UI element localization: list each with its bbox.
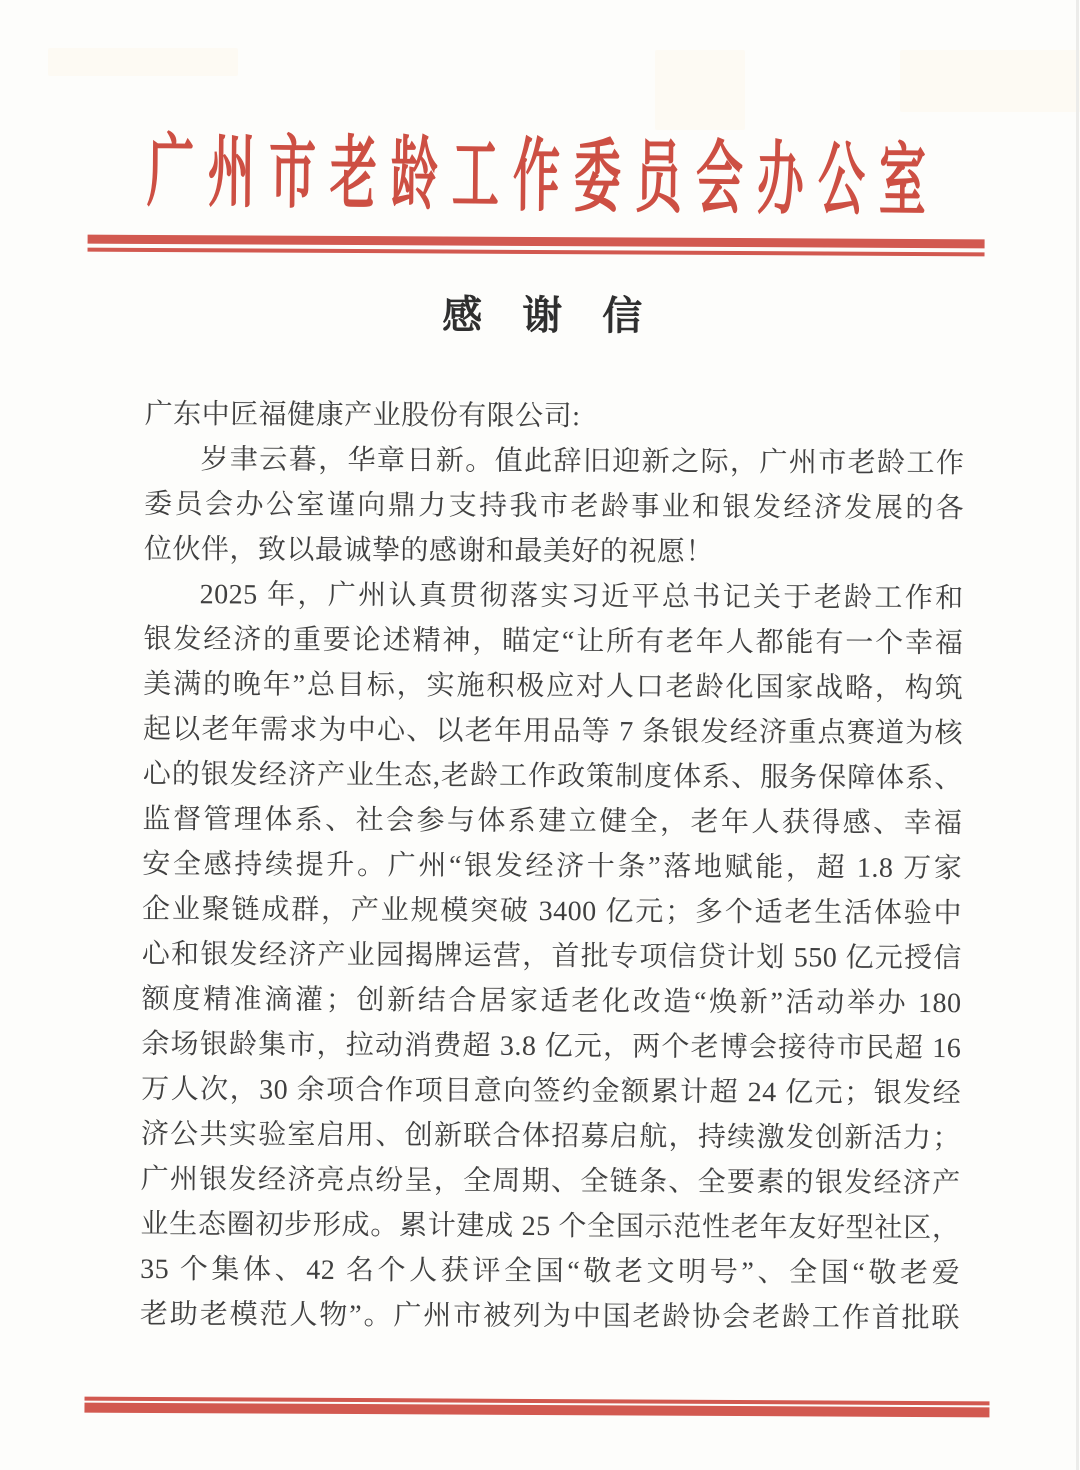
letter-line: 余场银龄集市，拉动消费超 3.8 亿元，两个老博会接待市民超 16 (141, 1022, 961, 1071)
letter-line: 银发经济的重要论述精神，瞄定“让所有老年人都能有一个幸福 (143, 617, 963, 666)
letter-line: 业生态圈初步形成。累计建成 25 个全国示范性老年友好型社区， (140, 1202, 960, 1251)
letter-body: 广东中匠福健康产业股份有限公司: 岁聿云暮，华章日新。值此辞旧迎新之际，广州市老… (140, 392, 965, 1341)
letter-line: 心和银发经济产业园揭牌运营，首批专项信贷计划 550 亿元授信 (142, 932, 962, 981)
letter-line: 监督管理体系、社会参与体系建立健全，老年人获得感、幸福感、 (142, 797, 962, 846)
letter-line: 万人次，30 余项合作项目意向签约金额累计超 24 亿元；银发经 (141, 1067, 961, 1116)
letter-line: 心的银发经济产业生态,老龄工作政策制度体系、服务保障体系、 (143, 752, 963, 801)
letter-line: 老助老模范人物”。广州市被列为中国老龄协会老龄工作首批联 (140, 1292, 960, 1341)
letter-line: 安全感持续提升。广州“银发经济十条”落地赋能，超 1.8 万家 (142, 842, 962, 891)
letter-line: 35 个集体、42 名个人获评全国“敬老文明号”、全国“敬老爱 (140, 1247, 960, 1296)
letter-line: 济公共实验室启用、创新联合体招募启航，持续激发创新活力； (141, 1112, 961, 1161)
red-separator-bottom-thick (84, 1403, 989, 1418)
letter-line: 2025 年，广州认真贯彻落实习近平总书记关于老龄工作和 (144, 572, 964, 621)
letter-title: 感 谢 信 (2, 285, 1080, 347)
letter-content: 广州市老龄工作委员会办公室 感 谢 信 广东中匠福健康产业股份有限公司: 岁聿云… (0, 0, 1080, 1470)
issuing-org-masthead: 广州市老龄工作委员会办公室 (3, 129, 1080, 227)
letter-line: 企业聚链成群，产业规模突破 3400 亿元；多个适老生活体验中 (142, 887, 962, 936)
scanned-letter-page: 广州市老龄工作委员会办公室 感 谢 信 广东中匠福健康产业股份有限公司: 岁聿云… (0, 0, 1080, 1470)
letter-line: 岁聿云暮，华章日新。值此辞旧迎新之际，广州市老龄工作 (144, 437, 964, 486)
letter-line: 位伙伴，致以最诚挚的感谢和最美好的祝愿！ (144, 527, 964, 576)
recipient-salutation: 广东中匠福健康产业股份有限公司: (145, 392, 965, 441)
letter-line: 美满的晚年”总目标，实施积极应对人口老龄化国家战略，构筑 (143, 662, 963, 711)
letter-line: 委员会办公室谨向鼎力支持我市老龄事业和银发经济发展的各 (144, 482, 964, 531)
letter-line: 额度精准滴灌；创新结合居家适老化改造“焕新”活动举办 180 (141, 977, 961, 1026)
letter-line: 起以老年需求为中心、以老年用品等 7 条银发经济重点赛道为核 (143, 707, 963, 756)
letter-line: 广州银发经济亮点纷呈，全周期、全链条、全要素的银发经济产 (141, 1157, 961, 1206)
